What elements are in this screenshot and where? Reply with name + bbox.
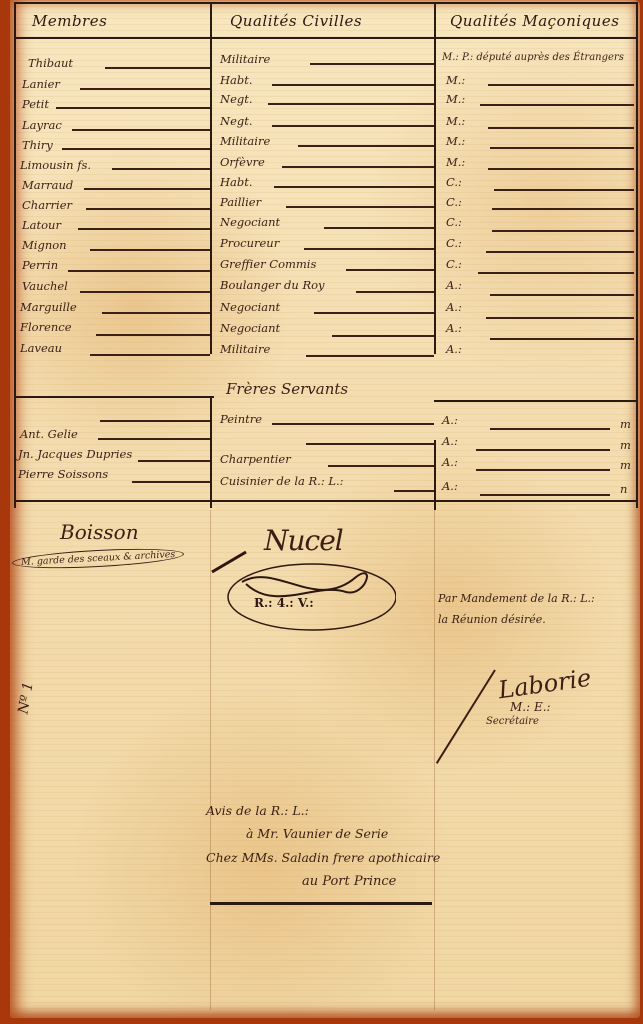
member-masonic: M.: P.: député auprès des Étrangers [442,52,624,63]
member-name: Laveau [20,341,62,355]
address-line-2: à Mr. Vaunier de Serie [246,826,388,841]
member-masonic: C.: [446,175,462,189]
member-civil: Habt. [220,175,253,189]
member-masonic: C.: [446,195,462,209]
member-name: Petit [22,97,49,111]
member-name: Mignon [22,238,67,252]
table-left-border [14,2,16,508]
member-civil: Habt. [220,73,253,87]
member-name: Charrier [22,198,72,212]
header-masonic: Qualités Maçoniques [450,12,619,30]
member-name: Florence [20,320,72,334]
member-civil: Negt. [220,92,253,106]
member-masonic: C.: [446,215,462,229]
servant-suffix: m [620,417,631,431]
header-members: Membres [32,12,107,30]
servant-civil: Charpentier [220,452,291,466]
servant-masonic: A.: [442,413,458,427]
member-name: Marraud [22,178,73,192]
member-civil: Orfèvre [220,155,265,169]
member-civil: Negt. [220,114,253,128]
member-masonic: M.: [446,92,465,106]
member-name: Latour [22,218,61,232]
servant-name: Jn. Jacques Dupries [18,447,132,461]
member-name: Layrac [22,118,62,132]
archivist-title: M. garde des sceaux & archives [12,546,185,572]
member-civil: Paillier [220,195,261,209]
member-masonic: A.: [446,321,462,335]
secretary-rank: M.: E.: [510,700,551,714]
member-name: Limousin fs. [20,158,91,172]
seal-signature: Nucel [264,524,343,557]
servant-name: Pierre Soissons [18,467,108,481]
member-masonic: A.: [446,300,462,314]
member-masonic: C.: [446,236,462,250]
archivist-signature: Boisson [60,520,139,544]
member-civil: Boulanger du Roy [220,278,325,292]
servants-divider-1 [210,396,212,508]
servant-civil: Cuisinier de la R.: L.: [220,474,344,488]
member-civil: Militaire [220,342,270,356]
secretary-title: Secrétaire [486,716,539,727]
servants-top-line-right [434,400,636,402]
member-civil: Militaire [220,52,270,66]
address-line-1: Avis de la R.: L.: [206,803,309,818]
address-underline [210,902,432,905]
member-masonic: M.: [446,134,465,148]
address-line-3: Chez MMs. Saladin frere apothicaire [206,850,440,865]
member-name: Marguille [20,300,77,314]
member-name: Perrin [22,258,58,272]
member-name: Thibaut [28,56,73,70]
header-divider [14,37,636,39]
document-page: Membres Qualités Civilles Qualités Maçon… [10,0,640,1018]
member-name: Vauchel [22,279,68,293]
servant-masonic: A.: [442,434,458,448]
servant-masonic: A.: [442,479,458,493]
member-civil: Greffier Commis [220,257,316,271]
mandate-line-2: la Réunion désirée. [438,613,546,626]
servant-suffix: n [620,482,627,496]
header-civil: Qualités Civilles [230,12,362,30]
column-divider-1 [210,2,212,354]
mandate-line-1: Par Mandement de la R.: L.: [438,592,595,605]
seal-text: R.: 4.: V.: [254,596,314,610]
servants-bottom-line [14,500,636,502]
servant-suffix: m [620,438,631,452]
member-name: Lanier [22,77,60,91]
table-right-border [636,2,638,508]
servant-civil: Peintre [220,412,262,426]
member-masonic: M.: [446,114,465,128]
member-masonic: M.: [446,73,465,87]
servant-name: Ant. Gelie [20,427,78,441]
servant-suffix: m [620,458,631,472]
seal-signature-block: Nucel R.: 4.: V.: [206,522,396,632]
member-masonic: A.: [446,342,462,356]
member-name: Thiry [22,138,53,152]
address-line-4: au Port Prince [302,874,396,889]
member-civil: Negociant [220,215,280,229]
table-top-border [14,2,636,4]
member-civil: Negociant [220,321,280,335]
member-masonic: M.: [446,155,465,169]
servant-masonic: A.: [442,455,458,469]
member-civil: Procureur [220,236,279,250]
servants-top-line [14,396,214,398]
margin-note: Nº 1 [15,681,36,715]
column-divider-2 [434,2,436,354]
secretary-signature: Laborie [497,664,593,705]
servants-header: Frères Servants [226,380,348,398]
member-masonic: C.: [446,257,462,271]
member-civil: Negociant [220,300,280,314]
member-civil: Militaire [220,134,270,148]
member-masonic: A.: [446,278,462,292]
